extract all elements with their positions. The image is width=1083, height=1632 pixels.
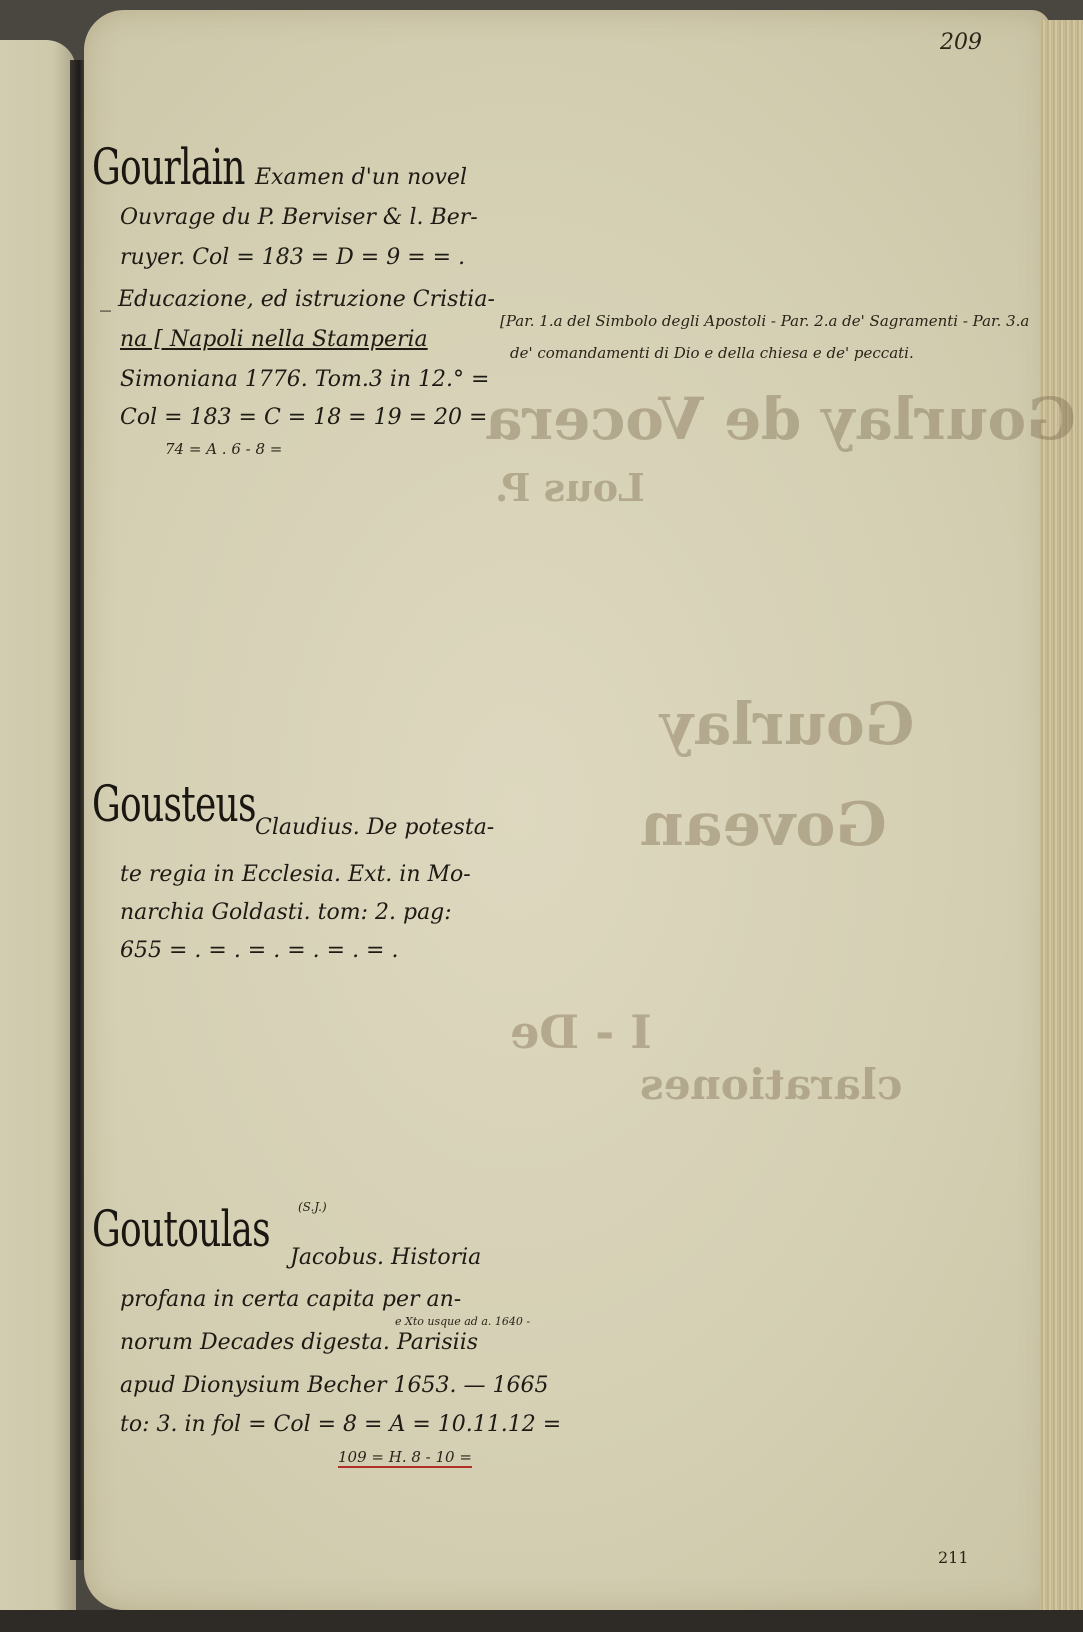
entry-line: Claudius. De potesta-	[255, 815, 494, 840]
entry-line: to: 3. in fol = Col = 8 = A = 10.11.12 =	[120, 1412, 561, 1437]
entry-line: Jacobus. Historia	[290, 1245, 481, 1270]
interlinear-note: e Xto usque ad a. 1640 -	[395, 1315, 530, 1328]
bleed-through-text: Lous P.	[495, 465, 645, 510]
bleed-through-text: Gourlay de Vocera	[485, 385, 1076, 453]
margin-note-line: de' comandamenti di Dio e della chiesa e…	[510, 344, 914, 362]
entry-line: Simoniana 1776. Tom.3 in 12.° =	[120, 367, 489, 392]
entry-line: te regia in Ecclesia. Ext. in Mo-	[120, 862, 471, 887]
entry-line: profana in certa capita per an-	[120, 1287, 461, 1312]
bottom-shadow	[0, 1610, 1083, 1632]
facing-left-page	[0, 40, 76, 1610]
entry-heading-gousteus: Gousteus	[92, 775, 256, 833]
margin-note-line: [Par. 1.a del Simbolo degli Apostoli - P…	[500, 312, 1029, 330]
entry-note-red-underlined: 109 = H. 8 - 10 =	[338, 1448, 472, 1468]
bleed-through-text: Govean	[640, 790, 887, 860]
entry-line: Examen d'un novel	[255, 165, 467, 190]
entry-line: 655 = . = . = . = . = . = .	[120, 938, 398, 963]
page-stack-edge	[1040, 20, 1083, 1610]
entry-line: _ Educazione, ed istruzione Cristia-	[100, 287, 495, 312]
entry-line: norum Decades digesta. Parisiis	[120, 1330, 478, 1355]
entry-note: 74 = A . 6 - 8 =	[165, 440, 282, 458]
entry-line: Col = 183 = C = 18 = 19 = 20 =	[120, 405, 487, 430]
entry-heading-goutoulas: Goutoulas	[92, 1200, 270, 1258]
entry-line: apud Dionysium Becher 1653. — 1665	[120, 1373, 548, 1398]
entry-superscript: (S.J.)	[298, 1200, 327, 1214]
page-number-bottom: 211	[938, 1548, 969, 1567]
bleed-through-text: clarationes	[640, 1060, 902, 1109]
entry-line: narchia Goldasti. tom: 2. pag:	[120, 900, 452, 925]
bleed-through-text: I - De	[510, 1005, 652, 1059]
entry-line: na [ Napoli nella Stamperia	[120, 327, 428, 352]
entry-line: Ouvrage du P. Berviser & l. Ber-	[120, 205, 478, 230]
page-number-top: 209	[940, 30, 982, 55]
entry-line: ruyer. Col = 183 = D = 9 = = .	[120, 245, 465, 270]
entry-heading-gourlain: Gourlain	[92, 138, 245, 196]
bleed-through-text: Gourlay	[660, 690, 914, 758]
